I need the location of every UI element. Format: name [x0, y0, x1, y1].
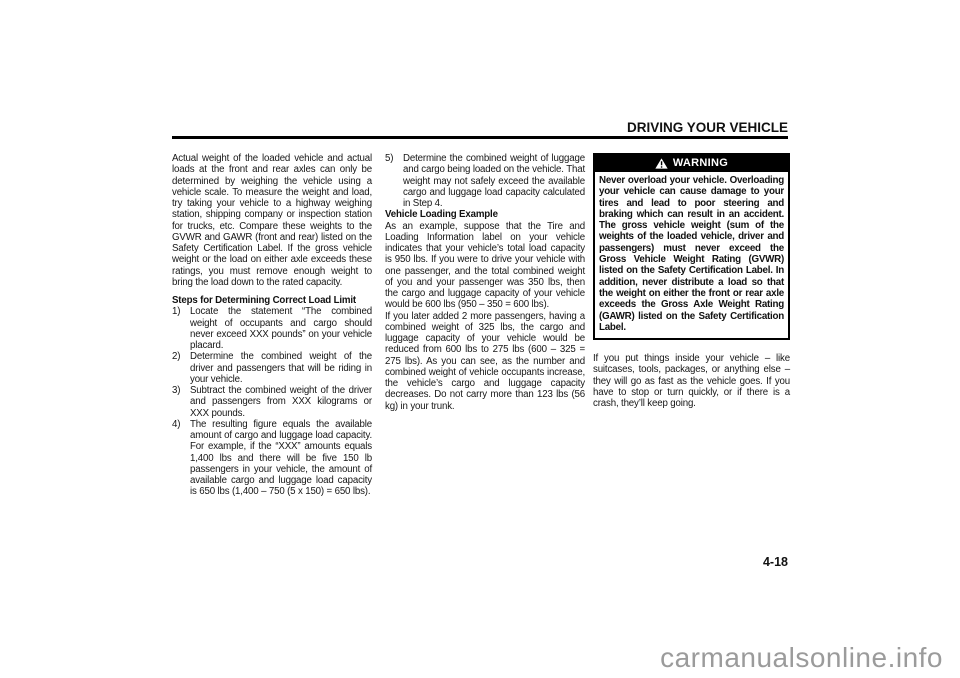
step-item-2: 2) Determine the combined weight of the … — [172, 351, 372, 385]
step-text-4: The resulting figure equals the availabl… — [190, 419, 372, 498]
page-number: 4-18 — [172, 555, 788, 569]
header-rule — [172, 136, 788, 139]
manual-page: DRIVING YOUR VEHICLE Actual weight of th… — [0, 0, 960, 678]
watermark-text: carmanualsonline.info — [660, 642, 943, 674]
warning-text: Never overload your vehicle. Overloading… — [595, 172, 788, 338]
step-number-1: 1) — [172, 306, 180, 317]
step-number-2: 2) — [172, 351, 180, 362]
step-item-3: 3) Subtract the combined weight of the d… — [172, 385, 372, 419]
steps-heading: Steps for Determining Correct Load Limit — [172, 295, 372, 306]
column-left: Actual weight of the loaded vehicle and … — [172, 153, 372, 498]
step-item-4: 4) The resulting figure equals the avail… — [172, 419, 372, 498]
loading-example-paragraph-2: If you later added 2 more passengers, ha… — [385, 311, 585, 412]
step-number-5: 5) — [385, 153, 393, 164]
step-text-3: Subtract the combined weight of the driv… — [190, 385, 372, 419]
step-item-1: 1) Locate the statement “The combined we… — [172, 306, 372, 351]
step-text-5: Determine the combined weight of luggage… — [403, 153, 585, 209]
column-middle: 5) Determine the combined weight of lugg… — [385, 153, 585, 412]
step-item-5: 5) Determine the combined weight of lugg… — [385, 153, 585, 209]
column-right: WARNING Never overload your vehicle. Ove… — [593, 153, 790, 409]
step-number-4: 4) — [172, 419, 180, 430]
step-text-2: Determine the combined weight of the dri… — [190, 351, 372, 385]
page-header-title: DRIVING YOUR VEHICLE — [172, 121, 788, 134]
warning-label: WARNING — [673, 158, 728, 169]
step-number-3: 3) — [172, 385, 180, 396]
warning-triangle-icon — [655, 158, 668, 169]
warning-box: WARNING Never overload your vehicle. Ove… — [593, 153, 790, 340]
intro-paragraph: Actual weight of the loaded vehicle and … — [172, 153, 372, 288]
loose-items-paragraph: If you put things inside your vehicle – … — [593, 353, 790, 409]
loading-example-paragraph-1: As an example, suppose that the Tire and… — [385, 221, 585, 311]
loading-example-heading: Vehicle Loading Example — [385, 209, 585, 220]
step-text-1: Locate the statement “The combined weigh… — [190, 306, 372, 351]
warning-header-bar: WARNING — [595, 155, 788, 172]
